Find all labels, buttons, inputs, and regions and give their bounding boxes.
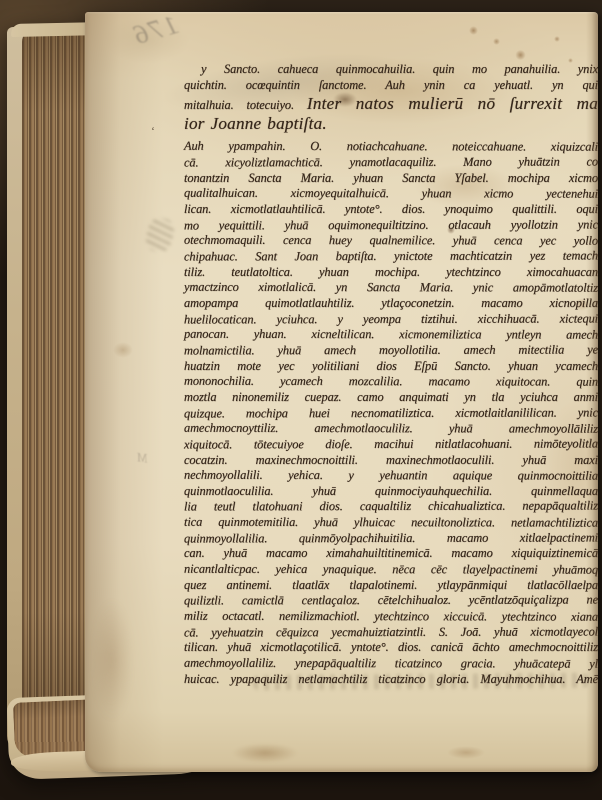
manuscript-line: ior Joanne baptiſta. [184,114,598,134]
folio-number-showthrough: 176 [106,12,182,58]
manuscript-line: panocan. yhuan. xicneltilican. xicmonemi… [184,327,598,344]
nahuatl-text: y Sancto. cahueca quinmocahuilia. quin m… [201,62,598,76]
manuscript-line: mononochilia. ycamech mozcalilia. macamo… [184,374,598,391]
manuscript-line: cocatzin. maxinechmocnoittili. maxinechm… [184,453,598,469]
manuscript-line: moztla ninonemiliz cuepaz. camo anquimat… [184,390,598,406]
manuscript-line: mitalhuia. totecuiyo. Inter natos mulier… [184,94,598,114]
stain [231,743,299,763]
page-fore-edges [22,28,92,740]
nahuatl-text: quichtin. ocœquintin ſanctome. Auh ynin … [184,78,598,92]
manuscript-line: amechmoyollaliliz. ynepapāqualtiliz tica… [184,656,598,673]
stain [493,38,500,45]
manuscript-line: xiquitocā. tōtecuiyoe dioſe. macihui nit… [184,436,598,453]
manuscript-line: cā. yyehuatzin cēquizca yecmahuiztiatzin… [184,624,598,641]
stain [554,36,560,42]
manuscript-line: quiliztli. camictlā centlaçaloz. cētelch… [184,593,598,610]
margin-pencil-mark: M [136,449,149,466]
manuscript-line: tonantzin Sancta Maria. yhuan Sancta Yſa… [184,171,598,187]
manuscript-line: huelilocatican. yciuhca. y yeompa tiztih… [184,311,598,328]
manuscript-line: cā. xicyoliztlamachticā. ynamotlacaquili… [184,155,598,172]
manuscript-line: can. yhuā macamo ximahahuiltitinemicā. m… [184,546,598,562]
paragraph-sermon-theme: y Sancto. cahueca quinmocahuilia. quin m… [184,62,598,133]
manuscript-line: quichtin. ocœquintin ſanctome. Auh ynin … [184,78,598,94]
nahuatl-text: mitalhuia. totecuiyo. [184,98,307,112]
latin-quote: Inter natos mulierū nō ſurrexit ma [307,94,598,113]
manuscript-line: ymactzinco ximotlalicā. yn Sancta Maria.… [184,280,598,297]
manuscript-line: quizque. mochipa huei necnomatiliztica. … [184,405,598,422]
stain [113,342,133,358]
manuscript-line: y Sancto. cahueca quinmocahuilia. quin m… [184,62,598,78]
paragraph-exhortation: Auh ypampahin. O. notiachcahuane. noteic… [184,139,598,687]
manuscript-line: tiliz. teutlatoltica. yhuan mochipa. yte… [184,265,598,281]
verso-text-showthrough [143,215,176,254]
manuscript-line: tica quinmotemitilia. yhuā ylhuicac necu… [184,515,598,532]
manuscript-line: miliz octacatl. nemilizmachiotl. ytechtz… [184,609,598,626]
manuscript-line: lican. xicmotlatlauhtilicā. yntote°. dio… [184,202,598,218]
stain [469,26,478,35]
manuscript-line: tilican. yhuā xicmotlaçotilicā. yntote°.… [184,640,598,656]
manuscript-line: huicac. ypapaquiliz netlamachtiliz ticat… [184,672,598,688]
manuscript-line: mo yequittili. yhuā oquimonequiltitzino.… [184,217,598,234]
stain [91,598,133,722]
manuscript-line: amopampa quimotlatlauhtiliz. ytlaçoconet… [184,296,598,312]
manuscript-line: qualitalhuican. xicmoyequitalhuicā. yhua… [184,186,598,203]
ink-mark: ʻ [151,124,155,139]
manuscript-line: Auh ypampahin. O. notiachcahuane. noteic… [184,139,598,156]
manuscript-line: molnamictilia. yhuā amech moyollotilia. … [184,342,598,359]
manuscript-line: nechmoyollalili. yehica. y yehuantin aqu… [184,468,598,485]
text-block: y Sancto. cahueca quinmocahuilia. quin m… [184,62,598,687]
manuscript-page: 176 ʻ M y Sancto. cahueca quinmocahuilia… [85,12,598,772]
manuscript-line: quez antinemi. tlaatlāx tlapalotinemi. y… [184,578,598,594]
manuscript-line: chipahuac. Sant Joan baptiſta. ynictote … [184,248,598,265]
stain [447,746,485,759]
stain [515,50,526,60]
manuscript-line: huatzin mote yec yolitiliani dios Eſpū S… [184,359,598,375]
manuscript-line: quinmoyollalilia. quinmōyolpachihuitilia… [184,530,598,547]
manuscript-photo: 176 ʻ M y Sancto. cahueca quinmocahuilia… [0,0,602,800]
manuscript-line: amechmocnoyttiliz. amechmotlaoculiliz. y… [184,421,598,438]
open-book: 176 ʻ M y Sancto. cahueca quinmocahuilia… [7,11,598,776]
manuscript-line: lia teutl tlatohuani dios. caqualtiliz c… [184,499,598,516]
manuscript-line: nicantlalticpac. yehica ynaquique. nēca … [184,562,598,579]
manuscript-line: quinmotlaoculilia. yhuā quinmociyauhquec… [184,484,598,500]
manuscript-line: otechmomaquili. cenca huey qualnemilice.… [184,233,598,250]
latin-quote: ior Joanne baptiſta. [184,114,327,133]
